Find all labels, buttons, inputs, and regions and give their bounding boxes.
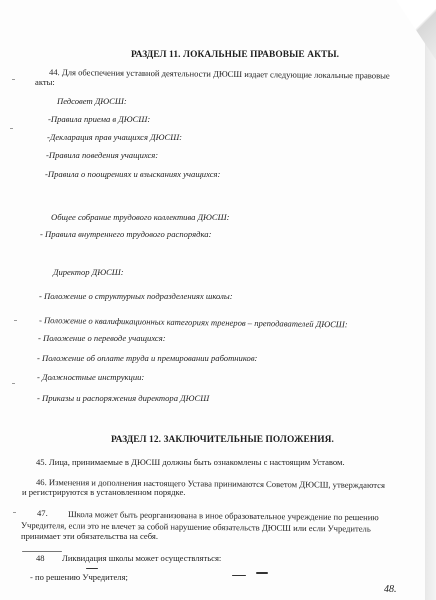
section-12-title: РАЗДЕЛ 12. ЗАКЛЮЧИТЕЛЬНЫЕ ПОЛОЖЕНИЯ. — [111, 435, 334, 445]
scan-mark — [22, 551, 62, 552]
document-page: РАЗДЕЛ 11. ЛОКАЛЬНЫЕ ПРАВОВЫЕ АКТЫ. 44. … — [0, 0, 425, 600]
list-item: - Положение о квалификационных категория… — [39, 315, 348, 329]
list-item: - Правила внутреннего трудового распоряд… — [40, 229, 211, 239]
paragraph-44-line-2: акты: — [35, 77, 55, 87]
list-item: -Правила приема в ДЮСШ: — [48, 114, 150, 124]
group-director-title: Директор ДЮСШ: — [53, 267, 124, 277]
scan-speck — [13, 512, 16, 513]
scan-mark — [232, 575, 246, 576]
page-number: 48. — [384, 584, 397, 595]
paragraph-45: 45. Лица, принимаемые в ДЮСШ должны быть… — [36, 457, 345, 467]
scan-speck — [10, 128, 13, 129]
paragraph-46-line-2: и регистрируются в установленном порядке… — [22, 487, 185, 497]
page-edge-shadow — [425, 0, 436, 600]
scan-speck — [14, 320, 17, 321]
paragraph-47-line-3: принимает эти обязательства на себя. — [21, 531, 158, 541]
scan-mark — [256, 572, 268, 574]
paragraph-44-line-1: 44. Для обеспечения уставной деятельност… — [49, 67, 390, 81]
paragraph-48-item: - по решению Учредителя; — [30, 572, 128, 582]
section-11-title: РАЗДЕЛ 11. ЛОКАЛЬНЫЕ ПРАВОВЫЕ АКТЫ. — [131, 50, 339, 60]
scan-mark — [86, 568, 98, 569]
list-item: -Правила о поощрениях и взысканиях учащи… — [45, 169, 220, 179]
list-item: -Правила поведения учащихся: — [46, 150, 158, 160]
paragraph-47-number: 47. — [37, 508, 48, 518]
group-pedsovet-title: Педсовет ДЮСШ: — [57, 96, 127, 106]
list-item: -Декларация прав учащихся ДЮСШ: — [47, 132, 182, 142]
scan-speck — [12, 383, 15, 384]
list-item: - Положение об оплате труда и премирован… — [37, 353, 257, 363]
list-item: - Приказы и распоряжения директора ДЮСШ — [37, 393, 209, 403]
group-general-meeting-title: Общее собрание трудового коллектива ДЮСШ… — [51, 212, 229, 222]
list-item: - Положение о структурных подразделениях… — [39, 291, 233, 301]
list-item: - Должностные инструкции: — [37, 372, 144, 382]
paragraph-48-number: 48 — [36, 553, 45, 563]
paragraph-48-text: Ликвидация школы может осуществляться: — [62, 553, 221, 563]
scan-speck — [12, 79, 15, 80]
list-item: - Положение о переводе учащихся: — [38, 333, 166, 343]
